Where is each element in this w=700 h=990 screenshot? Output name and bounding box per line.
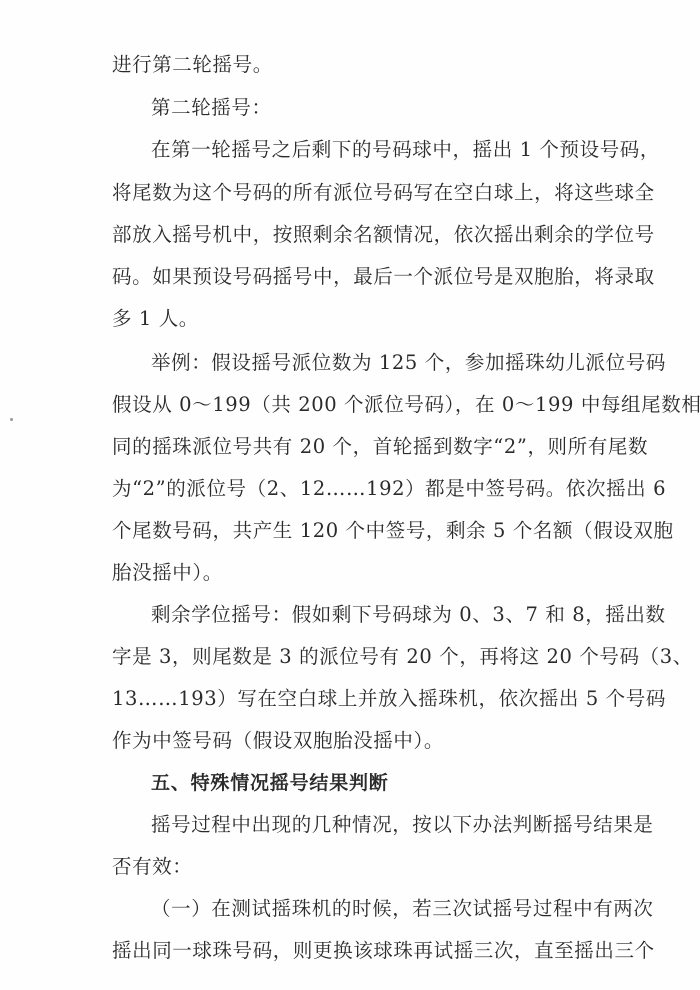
paragraph-line: 多 1 人。 (112, 307, 602, 331)
paragraph-line: 假设从 0～199（共 200 个派位号码），在 0～199 中每组尾数相 (112, 393, 602, 417)
paragraph-line: 同的摇珠派位号共有 20 个，首轮摇到数字“2”，则所有尾数 (112, 435, 602, 459)
section-heading: 五、特殊情况摇号结果判断 (151, 771, 641, 795)
paragraph-line: 在第一轮摇号之后剩下的号码球中，摇出 1 个预设号码， (151, 138, 641, 162)
paragraph-line: 第二轮摇号： (151, 96, 641, 120)
paragraph-line: 码。如果预设号码摇号中，最后一个派位号是双胞胎，将录取 (112, 265, 602, 289)
paragraph-line: 进行第二轮摇号。 (112, 53, 602, 77)
paragraph-line: 摇号过程中出现的几种情况，按以下办法判断摇号结果是 (151, 813, 641, 837)
paragraph-line: 举例：假设摇号派位数为 125 个，参加摇珠幼儿派位号码 (151, 351, 641, 375)
scan-speck (10, 418, 13, 421)
paragraph-line: 摇出同一球珠号码，则更换该球珠再试摇三次，直至摇出三个 (112, 939, 602, 963)
paragraph-line: 作为中签号码（假设双胞胎没摇中）。 (112, 729, 602, 753)
paragraph-line: 否有效： (112, 855, 602, 879)
paragraph-line: 胎没摇中）。 (112, 561, 602, 585)
paragraph-line: 为“2”的派位号（2、12……192）都是中签号码。依次摇出 6 (112, 477, 602, 501)
paragraph-line: 个尾数号码，共产生 120 个中签号，剩余 5 个名额（假设双胞 (112, 519, 602, 543)
paragraph-line: （一）在测试摇珠机的时候，若三次试摇号过程中有两次 (151, 897, 641, 921)
paragraph-line: 将尾数为这个号码的所有派位号码写在空白球上，将这些球全 (112, 181, 602, 205)
document-page: 进行第二轮摇号。第二轮摇号：在第一轮摇号之后剩下的号码球中，摇出 1 个预设号码… (0, 0, 700, 990)
paragraph-line: 部放入摇号机中，按照剩余名额情况，依次摇出剩余的学位号 (112, 223, 602, 247)
paragraph-line: 剩余学位摇号：假如剩下号码球为 0、3、7 和 8，摇出数 (151, 603, 641, 627)
paragraph-line: 13……193）写在空白球上并放入摇珠机，依次摇出 5 个号码 (112, 687, 602, 711)
paragraph-line: 字是 3，则尾数是 3 的派位号有 20 个，再将这 20 个号码（3、 (112, 645, 602, 669)
